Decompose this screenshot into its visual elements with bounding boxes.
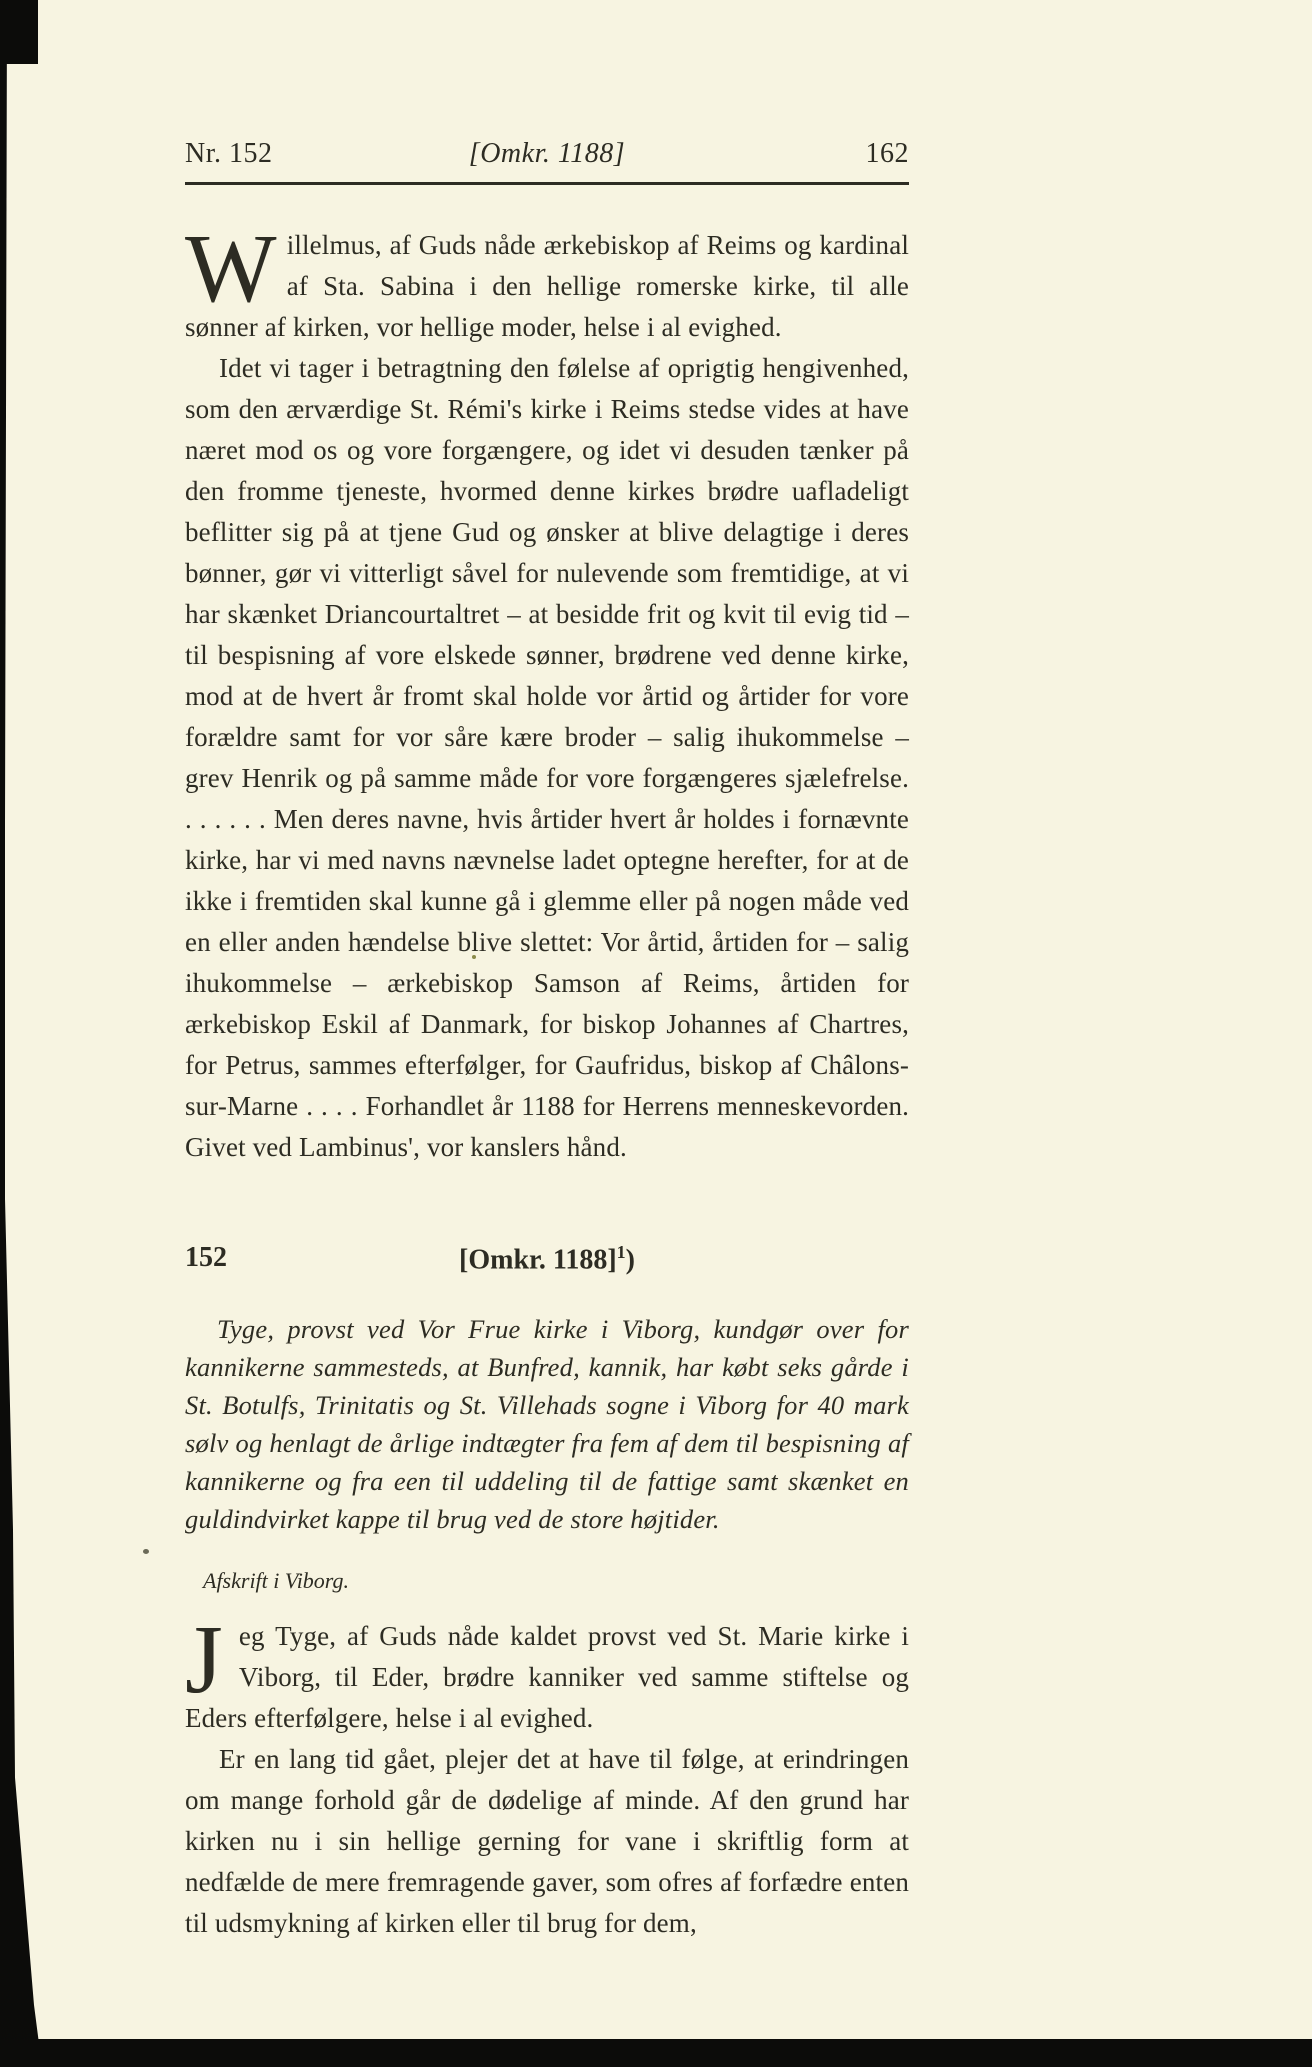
scan-artifact-bottom-edge bbox=[0, 2039, 1312, 2067]
footnote-paren: ) bbox=[626, 1244, 635, 1275]
running-header: Nr. 152 [Omkr. 1188] 162 bbox=[185, 138, 909, 182]
scan-speck bbox=[143, 1549, 149, 1554]
paragraph-salutation: Jeg Tyge, af Guds nåde kaldet provst ved… bbox=[185, 1616, 909, 1739]
scanned-book-page: Nr. 152 [Omkr. 1188] 162 Willelmus, af G… bbox=[0, 0, 1312, 2067]
header-rule bbox=[185, 182, 909, 185]
source-note: Afskrift i Viborg. bbox=[203, 1568, 909, 1594]
salutation-text: illelmus, af Guds nåde ærkebiskop af Rei… bbox=[185, 230, 909, 342]
section-date-text: [Omkr. 1188] bbox=[459, 1244, 617, 1275]
salutation-text: eg Tyge, af Guds nåde kaldet provst ved … bbox=[185, 1621, 909, 1733]
document-summary-italic: Tyge, provst ved Vor Frue kirke i Viborg… bbox=[185, 1310, 909, 1538]
section-date: [Omkr. 1188]1) bbox=[185, 1242, 909, 1276]
scan-artifact-left-edge bbox=[0, 0, 42, 2067]
paragraph-body: Idet vi tager i betragtning den følelse … bbox=[185, 348, 909, 1168]
document-text-152: Jeg Tyge, af Guds nåde kaldet provst ved… bbox=[185, 1616, 909, 1944]
page-content: Nr. 152 [Omkr. 1188] 162 Willelmus, af G… bbox=[185, 138, 909, 1944]
page-number: 162 bbox=[866, 138, 910, 170]
section-heading: 152 [Omkr. 1188]1) bbox=[185, 1242, 909, 1282]
document-text-151: Willelmus, af Guds nåde ærkebiskop af Re… bbox=[185, 225, 909, 1168]
paragraph-body: Er en lang tid gået, plejer det at have … bbox=[185, 1739, 909, 1944]
running-header-date: [Omkr. 1188] bbox=[185, 138, 909, 170]
footnote-marker: 1 bbox=[617, 1242, 626, 1262]
paragraph-salutation: Willelmus, af Guds nåde ærkebiskop af Re… bbox=[185, 225, 909, 348]
drop-cap-j: J bbox=[185, 1616, 239, 1698]
drop-cap-w: W bbox=[185, 225, 287, 307]
